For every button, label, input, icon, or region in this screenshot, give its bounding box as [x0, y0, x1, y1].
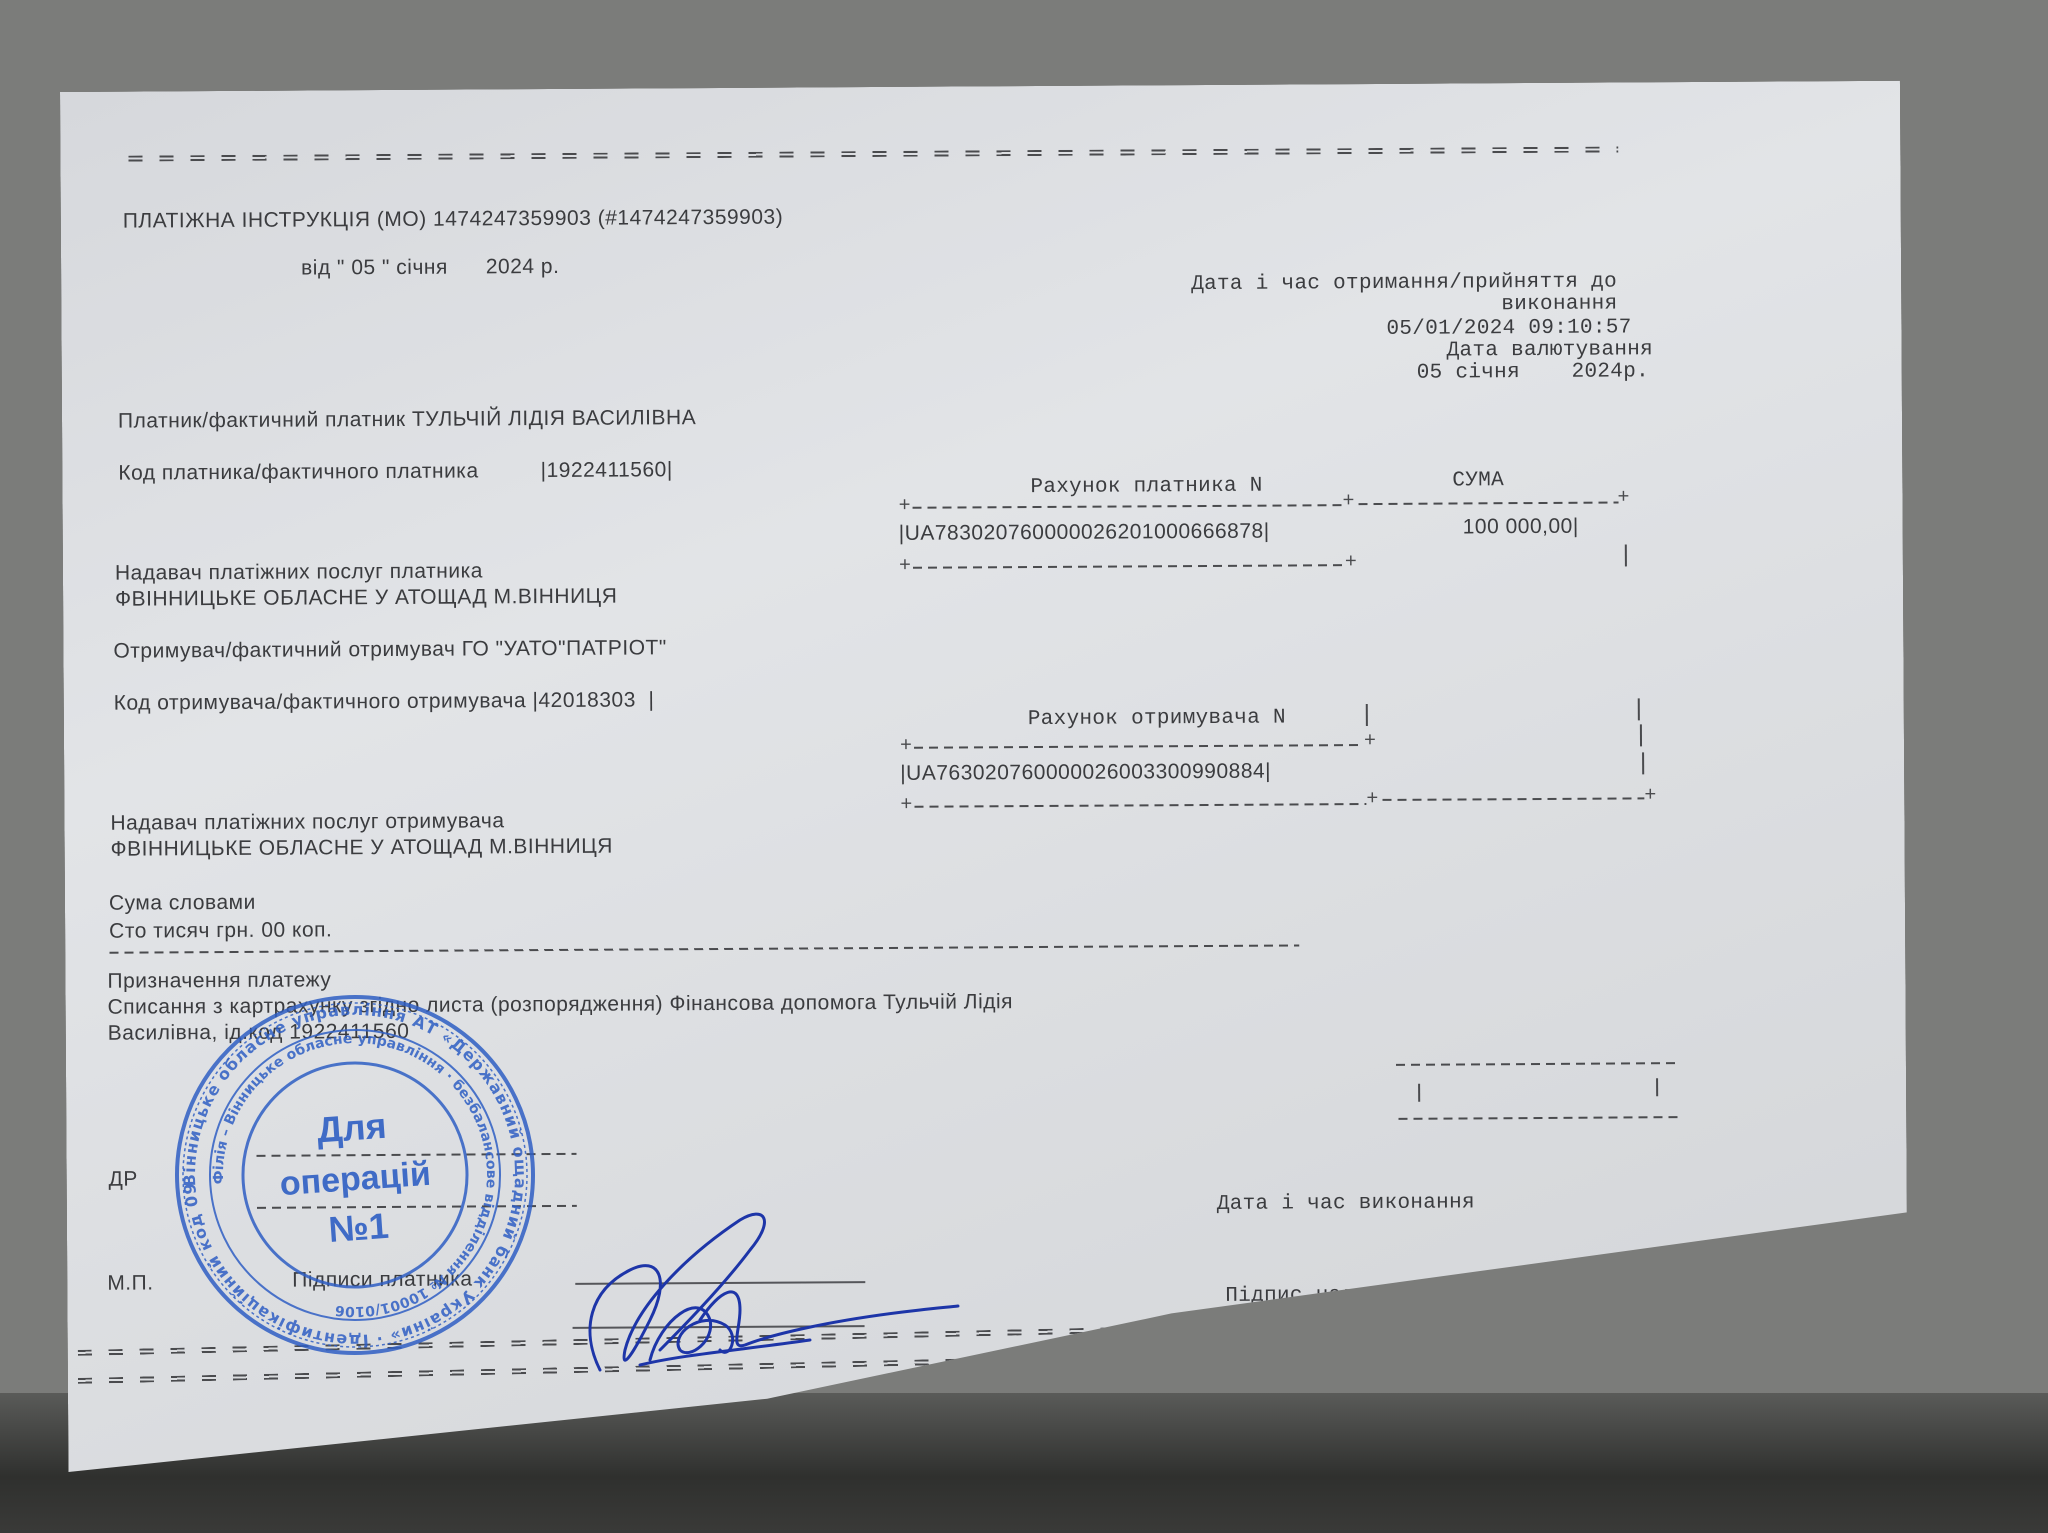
payer-code-row: Код платника/фактичного платника|1922411…	[118, 458, 673, 485]
provider-signature-label: Підпис надавача платіжних послуг	[1225, 1282, 1638, 1308]
execution-box-border	[1396, 1062, 1676, 1066]
payer-bank: ФВІННИЦЬКЕ ОБЛАСНЕ У АТОЩАД М.ВІННИЦЯ	[115, 585, 617, 612]
recipient-bank-label: Надавач платіжних послуг отримувача	[110, 809, 504, 835]
execution-box-border	[1418, 1084, 1420, 1102]
table-border	[1625, 544, 1627, 566]
bank-stamp: Вінницьке обласне управління АТ «Державн…	[158, 978, 553, 1373]
purpose-label: Призначення платежу	[107, 968, 331, 993]
stamp-center-line-1: Для	[316, 1105, 388, 1151]
document-title: ПЛАТІЖНА ІНСТРУКЦІЯ (МО) 1474247359903 (…	[123, 206, 784, 234]
payer-account-number: |UA783020760000026201000666878|	[899, 520, 1270, 546]
table-corner: +	[1342, 490, 1354, 513]
table-corner: +	[1617, 486, 1629, 509]
amount-separator	[109, 944, 1299, 953]
recipient-name: ГО "УАТО"ПАТРІОТ"	[462, 636, 667, 660]
recipient-bank: ФВІННИЦЬКЕ ОБЛАСНЕ У АТОЩАД М.ВІННИЦЯ	[111, 835, 613, 862]
payer-bank-label: Надавач платіжних послуг платника	[115, 559, 483, 585]
table-border	[914, 803, 1366, 808]
payer-code: |1922411560|	[541, 458, 673, 482]
table-border	[914, 744, 1364, 749]
received-datetime-value: 05/01/2024 09:10:57	[1386, 316, 1631, 340]
execution-datetime-label: Дата і час виконання	[1217, 1191, 1475, 1216]
table-border	[1366, 704, 1368, 726]
amount-value: 100 000,00|	[1463, 515, 1579, 540]
value-date-label: Дата валютування	[1447, 338, 1654, 362]
amount-words: Сто тисяч грн. 00 коп.	[109, 918, 332, 943]
table-corner: +	[1364, 730, 1376, 753]
top-separator	[128, 146, 1618, 161]
recipient-row: Отримувач/фактичний отримувач ГО "УАТО"П…	[113, 636, 667, 663]
seal-place-label: М.П.	[107, 1271, 153, 1295]
payer-code-label: Код платника/фактичного платника	[118, 459, 478, 484]
recipient-code-row: Код отримувача/фактичного отримувача |42…	[114, 688, 655, 715]
table-border	[1640, 724, 1642, 746]
table-border	[1642, 752, 1644, 774]
recipient-label: Отримувач/фактичний отримувач	[113, 638, 455, 663]
stamp-center-line-3: №1	[327, 1205, 390, 1250]
table-corner: +	[898, 495, 910, 518]
execution-box-border	[1398, 1116, 1678, 1120]
table-border	[913, 504, 1343, 509]
dr-label: ДР	[109, 1168, 138, 1192]
recipient-code: |42018303 |	[532, 688, 654, 712]
value-date: 05 січня 2024р.	[1417, 360, 1649, 384]
payer-name: ТУЛЬЧІЙ ЛІДІЯ ВАСИЛІВНА	[412, 406, 696, 431]
table-corner: +	[1366, 788, 1378, 811]
recipient-account-header: Рахунок отримувача N	[1028, 707, 1286, 732]
table-corner: +	[1345, 551, 1357, 574]
payer-label-text: Платник/фактичний платник	[118, 408, 406, 433]
table-corner: +	[1644, 784, 1656, 807]
table-corner: +	[900, 735, 912, 758]
payer-label: Платник/фактичний платник ТУЛЬЧІЙ ЛІДІЯ …	[118, 406, 696, 434]
table-border	[1638, 698, 1640, 720]
payer-account-header: Рахунок платника N	[1030, 475, 1262, 499]
recipient-account-number: |UA763020760000026003300990884|	[900, 760, 1271, 786]
table-corner: +	[899, 555, 911, 578]
provider-signature-line	[1228, 1322, 1668, 1326]
amount-words-label: Сума словами	[109, 891, 256, 916]
payer-signature	[580, 1200, 960, 1390]
table-corner: +	[900, 794, 912, 817]
execution-box-border	[1656, 1078, 1658, 1096]
amount-header: СУМА	[1452, 469, 1504, 492]
document-date: від " 05 " січня 2024 р.	[301, 255, 559, 281]
table-border	[913, 564, 1345, 569]
stamp-center-line-2: операцій	[279, 1155, 432, 1203]
table-border	[1359, 501, 1619, 505]
received-datetime-label-2: виконання	[1501, 292, 1617, 316]
recipient-code-label: Код отримувача/фактичного отримувача	[114, 689, 527, 715]
table-border	[1382, 797, 1644, 801]
